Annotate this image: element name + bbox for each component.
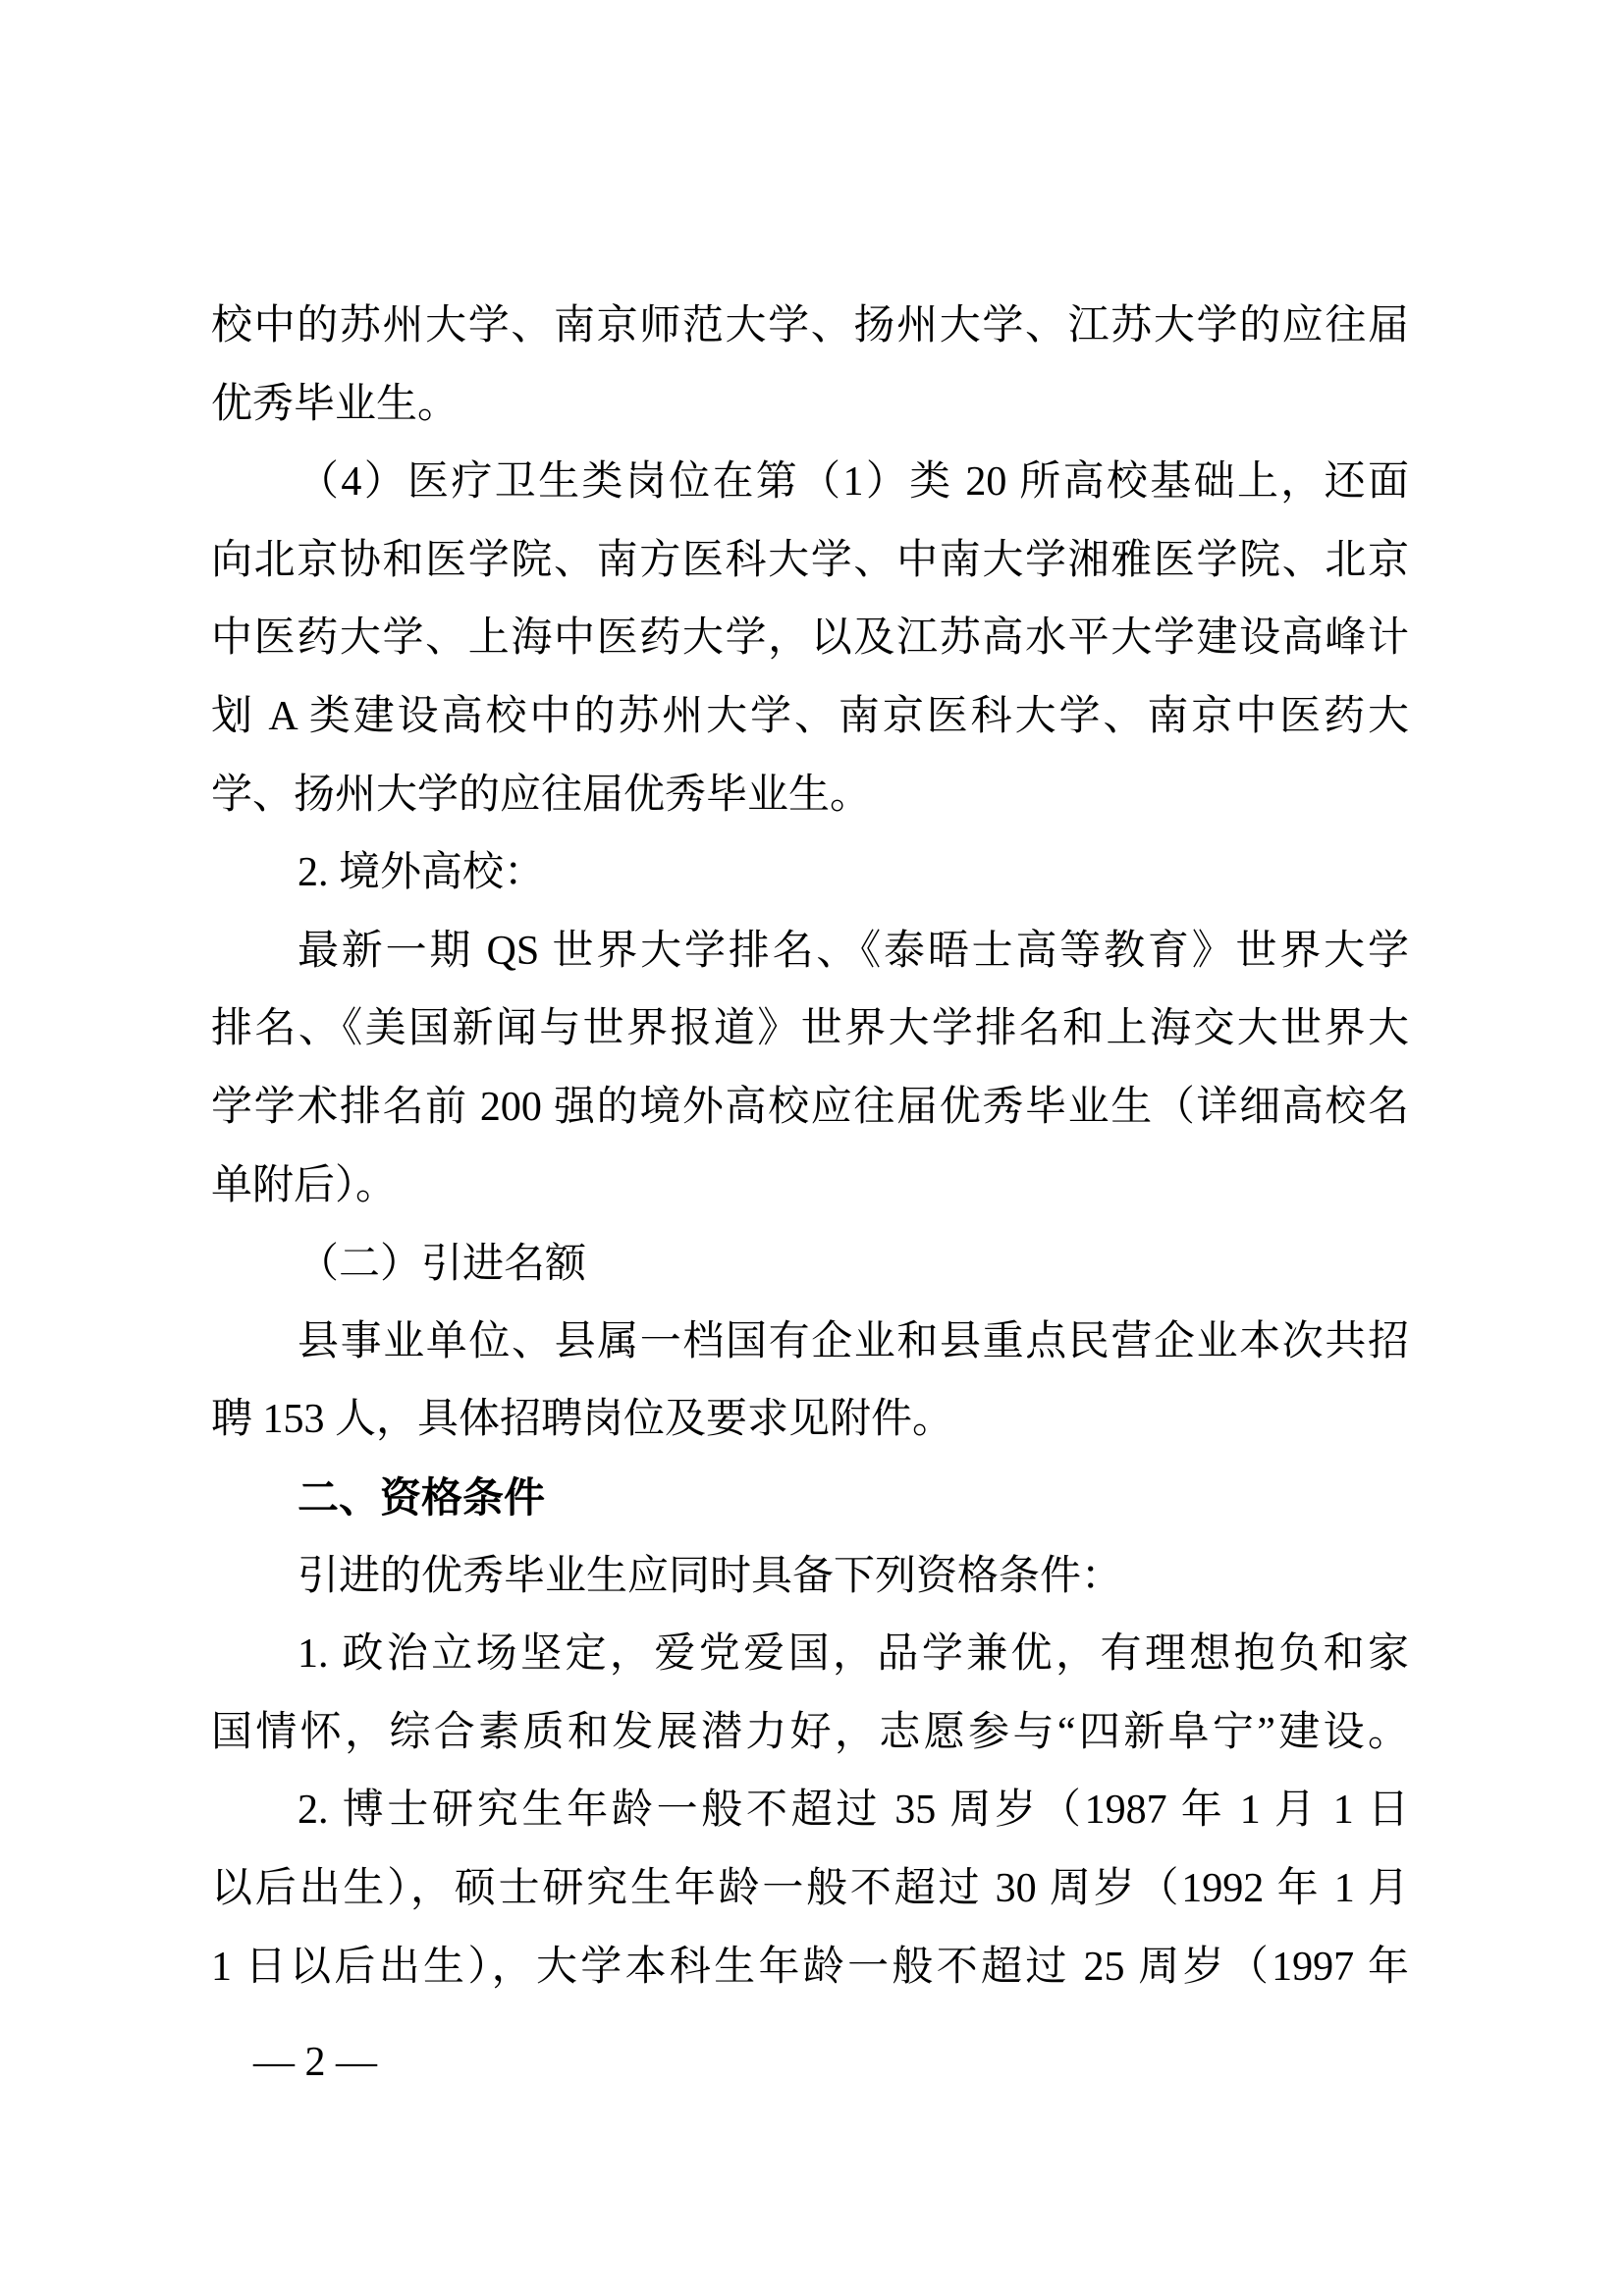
section-heading-quota: （二）引进名额	[211, 1234, 1409, 1293]
section-heading-qualifications: 二、资格条件	[211, 1468, 1409, 1527]
text-line: 2. 博士研究生年龄一般不超过 35 周岁（1987 年 1 月 1 日	[211, 1781, 1409, 1840]
section-subheading-overseas: 2. 境外高校：	[211, 843, 1409, 902]
text-line: 学、扬州大学的应往届优秀毕业生。	[211, 766, 1409, 825]
text-line: 国情怀，综合素质和发展潜力好，志愿参与“四新阜宁”建设。	[211, 1703, 1409, 1762]
text-line: 优秀毕业生。	[211, 375, 1409, 434]
text-line: 引进的优秀毕业生应同时具备下列资格条件：	[211, 1547, 1409, 1606]
text-line: 最新一期 QS 世界大学排名、《泰晤士高等教育》世界大学	[211, 922, 1409, 981]
document-page: 校中的苏州大学、南京师范大学、扬州大学、江苏大学的应往届 优秀毕业生。 （4）医…	[0, 0, 1624, 2296]
text-line: 学学术排名前 200 强的境外高校应往届优秀毕业生（详细高校名	[211, 1078, 1409, 1137]
text-line: 排名、《美国新闻与世界报道》世界大学排名和上海交大世界大	[211, 999, 1409, 1058]
text-line: 1. 政治立场坚定，爱党爱国，品学兼优，有理想抱负和家	[211, 1625, 1409, 1683]
text-line: 向北京协和医学院、南方医科大学、中南大学湘雅医学院、北京	[211, 531, 1409, 590]
text-line: 县事业单位、县属一档国有企业和县重点民营企业本次共招	[211, 1312, 1409, 1371]
page-number: — 2 —	[253, 2038, 377, 2087]
text-line: 单附后）。	[211, 1156, 1409, 1215]
text-line: 1 日以后出生），大学本科生年龄一般不超过 25 周岁（1997 年	[211, 1938, 1409, 1997]
text-line: 划 A 类建设高校中的苏州大学、南京医科大学、南京中医药大	[211, 687, 1409, 746]
text-line: 校中的苏州大学、南京师范大学、扬州大学、江苏大学的应往届	[211, 296, 1409, 355]
text-line: 以后出生），硕士研究生年龄一般不超过 30 周岁（1992 年 1 月	[211, 1859, 1409, 1918]
text-line: 中医药大学、上海中医药大学，以及江苏高水平大学建设高峰计	[211, 609, 1409, 667]
text-line: （4）医疗卫生类岗位在第（1）类 20 所高校基础上，还面	[211, 453, 1409, 511]
text-line: 聘 153 人，具体招聘岗位及要求见附件。	[211, 1390, 1409, 1449]
